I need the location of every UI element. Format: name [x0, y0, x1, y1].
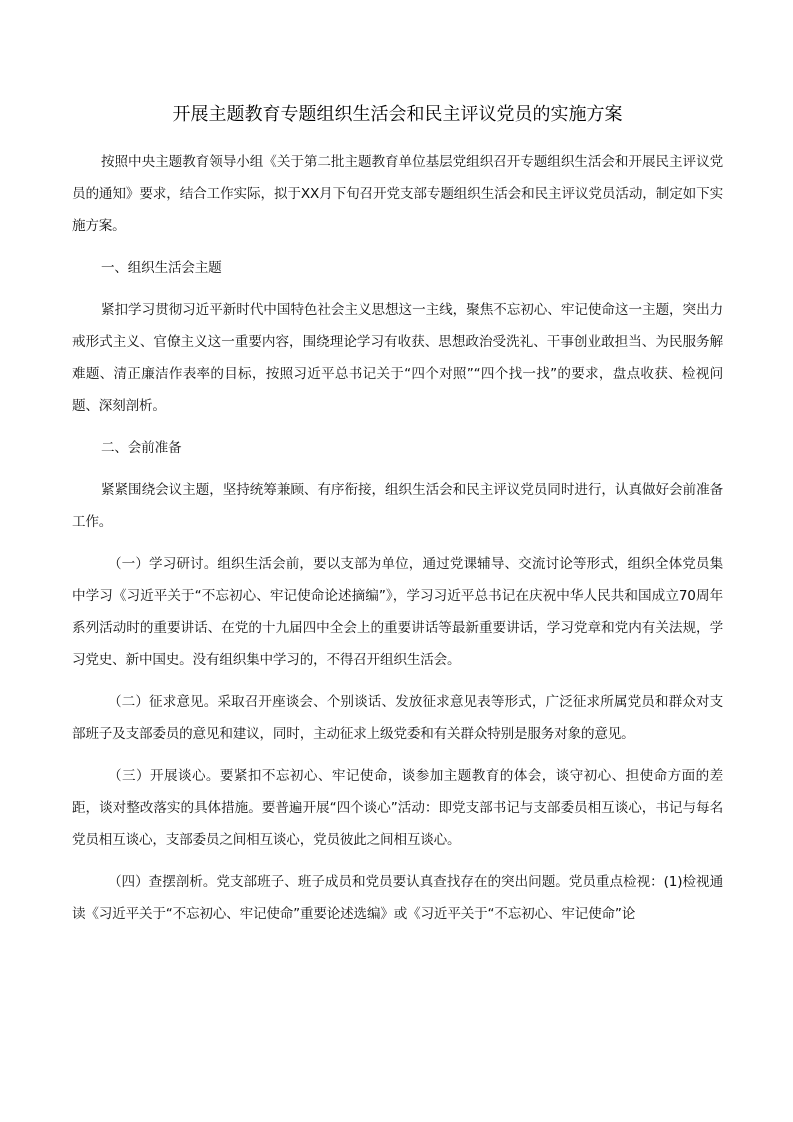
section-heading-preparation: 二、会前准备	[72, 432, 723, 464]
self-examination-paragraph: （四）查摆剖析。党支部班子、班子成员和党员要认真查找存在的突出问题。党员重点检视…	[72, 866, 723, 930]
heart-talk-paragraph: （三）开展谈心。要紧扣不忘初心、牢记使命，谈参加主题教育的体会，谈守初心、担使命…	[72, 760, 723, 856]
theme-paragraph: 紧扣学习贯彻习近平新时代中国特色社会主义思想这一主线，聚焦不忘初心、牢记使命这一…	[72, 294, 723, 422]
opinions-paragraph: （二）征求意见。采取召开座谈会、个别谈话、发放征求意见表等形式，广泛征求所属党员…	[72, 686, 723, 750]
document-title: 开展主题教育专题组织生活会和民主评议党员的实施方案	[72, 103, 723, 127]
document-body: 按照中央主题教育领导小组《关于第二批主题教育单位基层党组织召开专题组织生活会和开…	[72, 146, 723, 930]
study-paragraph: （一）学习研讨。组织生活会前，要以支部为单位，通过党课辅导、交流讨论等形式，组织…	[72, 548, 723, 676]
section-heading-theme: 一、组织生活会主题	[72, 252, 723, 284]
intro-paragraph: 按照中央主题教育领导小组《关于第二批主题教育单位基层党组织召开专题组织生活会和开…	[72, 146, 723, 242]
preparation-paragraph: 紧紧围绕会议主题，坚持统筹兼顾、有序衔接，组织生活会和民主评议党员同时进行，认真…	[72, 474, 723, 538]
